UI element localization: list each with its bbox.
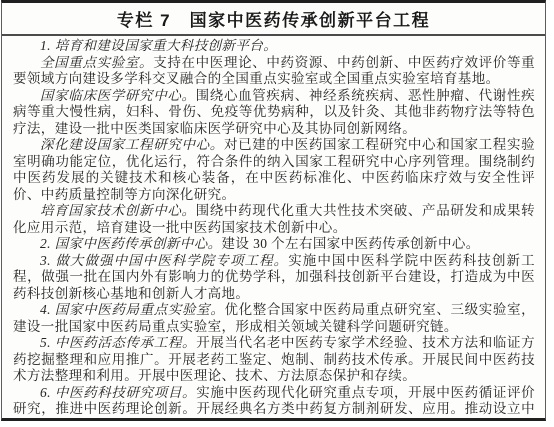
paragraph: 6. 中医药科技研究项目。实施中医药现代化研究重点专项，开展中医药循证评价研究，… — [13, 385, 535, 422]
paragraph-lead: 5. 中医药活态传承工程。 — [40, 335, 196, 350]
paragraph-text: 建设 30 个左右国家中医药传承创新中心。 — [222, 236, 480, 251]
paragraph: 4. 国家中医药局重点实验室。优化整合国家中医药局重点研究室、三级实验室，建设一… — [13, 302, 535, 335]
document-page: { "title": "专栏 7 国家中医药传承创新平台工程", "colors… — [0, 0, 554, 427]
paragraph: 5. 中医药活态传承工程。开展当代名老中医药专家学术经验、技术方法和临证方药挖掘… — [13, 335, 535, 385]
paragraph: 深化建设国家工程研究中心。对已建的中医药国家工程研究中心和国家工程实验室明确功能… — [13, 137, 535, 203]
column-box: 专栏 7 国家中医药传承创新平台工程 1. 培育和建设国家重大科技创新平台。全国… — [1, 0, 546, 421]
paragraph-lead: 3. 做大做强中国中医科学院专项工程。 — [40, 253, 288, 268]
paragraph-lead: 国家临床医学研究中心。 — [40, 88, 196, 103]
paragraph-lead: 2. 国家中医药传承创新中心。 — [40, 236, 222, 251]
paragraph-lead: 6. 中医药科技研究项目。 — [40, 385, 196, 400]
paragraph-lead: 全国重点实验室。 — [40, 55, 153, 70]
paragraph: 1. 培育和建设国家重大科技创新平台。 — [13, 38, 535, 55]
paragraph: 培育国家技术创新中心。围绕中药现代化重大共性技术突破、产品研发和成果转化应用示范… — [13, 203, 535, 236]
paragraph-lead: 培育国家技术创新中心。 — [40, 203, 196, 218]
paragraph: 国家临床医学研究中心。围绕心血管疾病、神经系统疾病、恶性肿瘤、代谢性疾病等重大慢… — [13, 88, 535, 138]
column-title: 专栏 7 国家中医药传承创新平台工程 — [117, 6, 430, 31]
column-body: 1. 培育和建设国家重大科技创新平台。全国重点实验室。支持在中医理论、中药资源、… — [2, 36, 545, 421]
column-title-bar: 专栏 7 国家中医药传承创新平台工程 — [2, 3, 545, 36]
paragraph-lead: 深化建设国家工程研究中心。 — [40, 137, 224, 152]
paragraph: 全国重点实验室。支持在中医理论、中药资源、中药创新、中医药疗效评价等重要领域方向… — [13, 55, 535, 88]
paragraph-lead: 1. 培育和建设国家重大科技创新平台。 — [40, 38, 277, 53]
paragraph: 3. 做大做强中国中医科学院专项工程。实施中国中医科学院中医药科技创新工程，做强… — [13, 253, 535, 303]
paragraph: 2. 国家中医药传承创新中心。建设 30 个左右国家中医药传承创新中心。 — [13, 236, 535, 253]
paragraph-lead: 4. 国家中医药局重点实验室。 — [40, 302, 224, 317]
